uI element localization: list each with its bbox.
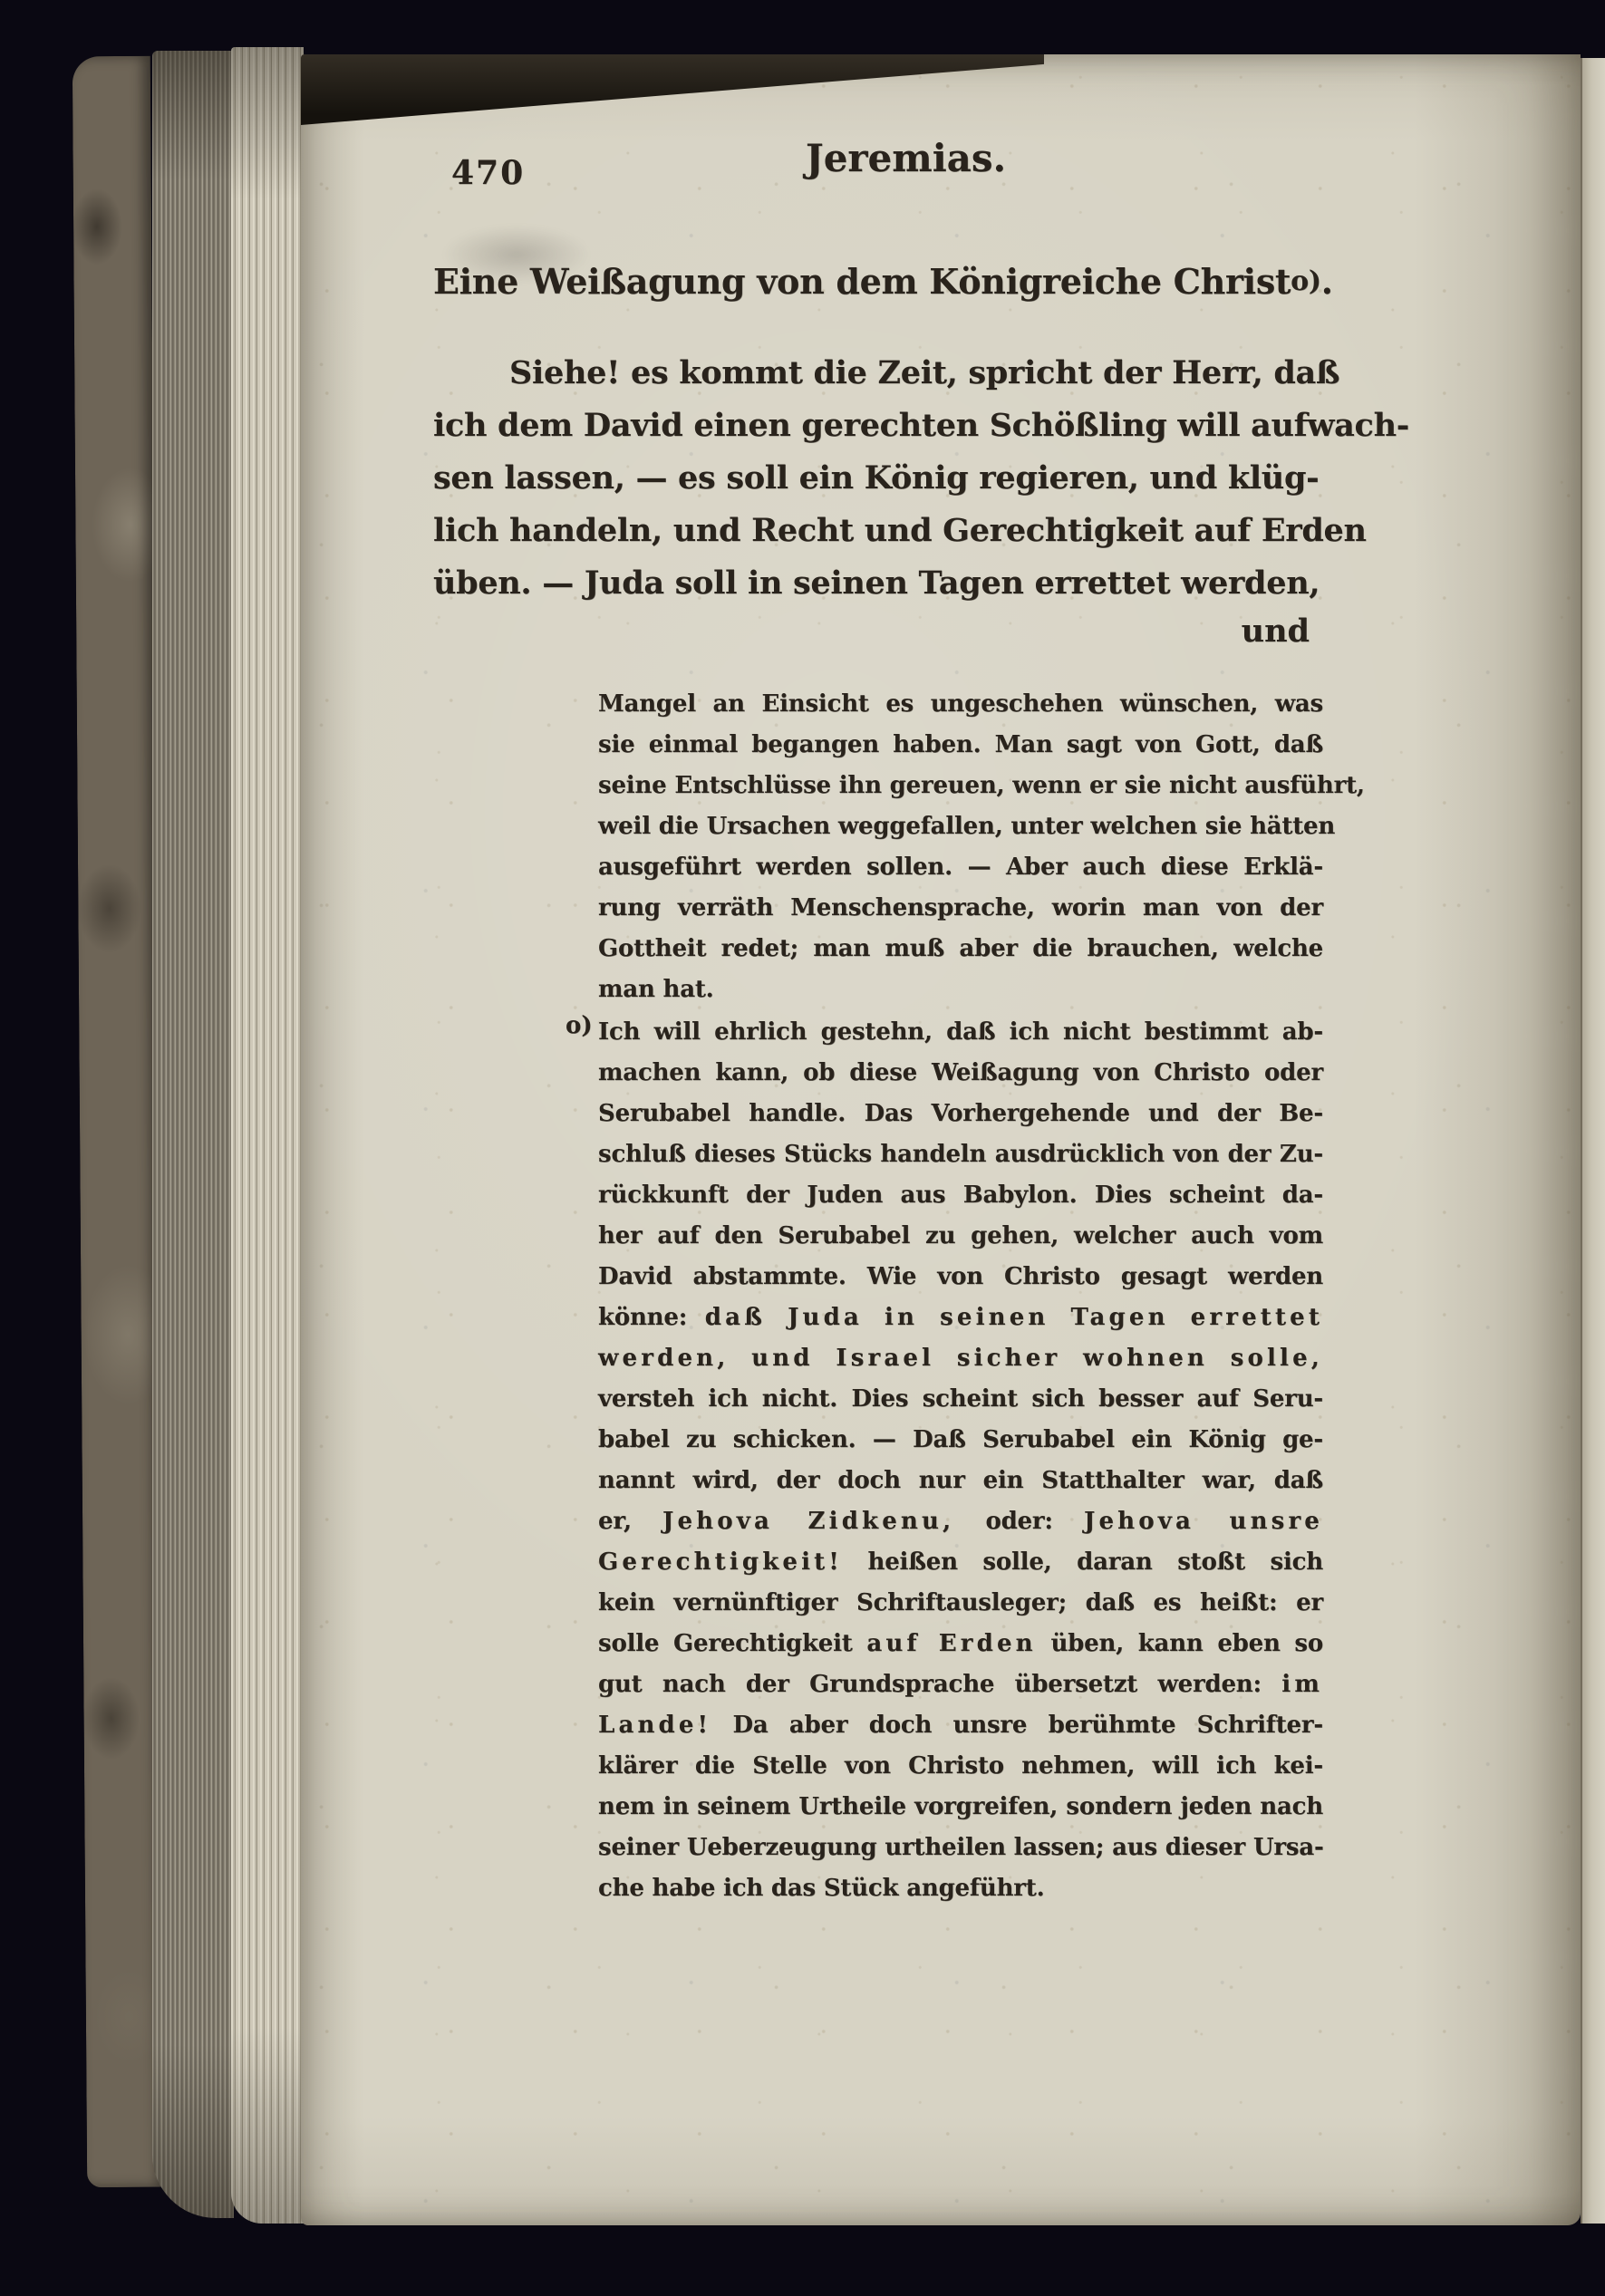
text-segment: babel zu schicken. — Daß Serubabel ein K… — [598, 1426, 1323, 1453]
text-line: lich handeln, und Recht und Gerechtigkei… — [433, 505, 1310, 557]
text-segment: lich handeln, und Recht und Gerechtigkei… — [433, 512, 1367, 549]
text-line: könne: daß Juda in seinen Tagen errettet — [598, 1298, 1323, 1338]
text-segment: che habe ich das Stück angeführt. — [598, 1875, 1044, 1902]
footnote-o-marker: o) — [566, 1012, 593, 1039]
text-segment: machen kann, ob diese Weißagung von Chri… — [598, 1059, 1323, 1086]
text-segment: rückkunft der Juden aus Babylon. Dies sc… — [598, 1182, 1323, 1209]
text-line: machen kann, ob diese Weißagung von Chri… — [598, 1053, 1323, 1094]
text-line: her auf den Serubabel zu gehen, welcher … — [598, 1216, 1323, 1257]
text-segment: Ich will ehrlich gestehn, daß ich nicht … — [598, 1018, 1323, 1046]
text-line: nem in seinem Urtheile vorgreifen, sonde… — [598, 1787, 1323, 1828]
main-paragraph: Siehe! es kommt die Zeit, spricht der He… — [433, 347, 1310, 610]
text-line: solle Gerechtigkeit auf Erden üben, kann… — [598, 1624, 1323, 1664]
text-segment: solle Gerechtigkeit — [598, 1630, 866, 1657]
page-stack-outer-edge — [152, 51, 234, 2218]
text-segment: nannt wird, der doch nur ein Statthalter… — [598, 1467, 1323, 1494]
text-segment: klärer die Stelle von Christo nehmen, wi… — [598, 1752, 1323, 1780]
binding-gutter — [1581, 58, 1605, 2224]
text-segment: gut nach der Grundsprache übersetzt werd… — [598, 1671, 1281, 1698]
text-segment: versteh ich nicht. Dies scheint sich bes… — [598, 1385, 1323, 1413]
section-heading-text: Eine Weißagung von dem Königreiche Chris… — [433, 261, 1291, 302]
text-line: rückkunft der Juden aus Babylon. Dies sc… — [598, 1175, 1323, 1216]
section-heading: Eine Weißagung von dem Königreiche Chris… — [433, 261, 1310, 302]
text-segment: seiner Ueberzeugung urtheilen lassen; au… — [598, 1834, 1324, 1861]
text-line: gut nach der Grundsprache übersetzt werd… — [598, 1664, 1323, 1705]
text-line: er, Jehova Zidkenu, oder: Jehova unsre — [598, 1501, 1323, 1542]
text-line: Lande! Da aber doch unsre berühmte Schri… — [598, 1705, 1323, 1746]
text-segment: nem in seinem Urtheile vorgreifen, sonde… — [598, 1793, 1323, 1820]
text-line: sie einmal begangen haben. Man sagt von … — [598, 725, 1323, 766]
letterspaced-emphasis: Gerechtigkeit! — [598, 1548, 843, 1576]
text-segment: Mangel an Einsicht es ungeschehen wünsch… — [598, 690, 1323, 718]
text-segment: Serubabel handle. Das Vorhergehende und … — [598, 1100, 1323, 1127]
letterspaced-emphasis: Jehova Zidkenu, — [662, 1508, 954, 1535]
letterspaced-emphasis: werden, und Israel sicher wohnen solle, — [598, 1345, 1323, 1372]
text-line: klärer die Stelle von Christo nehmen, wi… — [598, 1746, 1323, 1787]
text-segment: man hat. — [598, 976, 714, 1003]
text-segment: Gottheit redet; man muß aber die brauche… — [598, 935, 1323, 962]
text-segment: ich dem David einen gerechten Schößling … — [433, 407, 1409, 444]
text-line: man hat. — [598, 970, 1323, 1010]
text-line: kein vernünftiger Schriftausleger; daß e… — [598, 1583, 1323, 1624]
text-line: Siehe! es kommt die Zeit, spricht der He… — [433, 347, 1310, 400]
letterspaced-emphasis: daß Juda in seinen Tagen errettet — [705, 1304, 1323, 1331]
letterspaced-emphasis: Lande! — [598, 1712, 711, 1739]
page-top-shadow — [301, 54, 1044, 125]
letterspaced-emphasis: Jehova unsre — [1084, 1508, 1323, 1535]
text-segment: er, — [598, 1508, 662, 1535]
text-line: rung verräth Menschensprache, worin man … — [598, 888, 1323, 929]
book-cover-edge — [73, 56, 165, 2188]
text-line: seine Entschlüsse ihn gereuen, wenn er s… — [598, 766, 1323, 806]
footnote-o-text: Ich will ehrlich gestehn, daß ich nicht … — [598, 1012, 1323, 1909]
text-line: Mangel an Einsicht es ungeschehen wünsch… — [598, 684, 1323, 725]
footnote-reference-mark: o) — [1291, 265, 1321, 297]
text-line: sen lassen, — es soll ein König regieren… — [433, 452, 1310, 505]
text-segment: sen lassen, — es soll ein König regieren… — [433, 459, 1319, 497]
page-stack-inner-edge — [231, 47, 304, 2224]
letterspaced-emphasis: auf Erden — [866, 1630, 1036, 1657]
text-line: David abstammte. Wie von Christo gesagt … — [598, 1257, 1323, 1298]
text-segment: weil die Ursachen weggefallen, unter wel… — [598, 813, 1335, 840]
text-segment: Siehe! es kommt die Zeit, spricht der He… — [509, 354, 1339, 391]
photo-background: { "page_number": "470", "running_header"… — [0, 0, 1605, 2296]
running-header: Jeremias. — [433, 136, 1310, 180]
footnote-continuation: Mangel an Einsicht es ungeschehen wünsch… — [598, 684, 1323, 1010]
text-line: schluß dieses Stücks handeln ausdrücklic… — [598, 1134, 1323, 1175]
text-segment: oder: — [954, 1508, 1084, 1535]
text-segment: her auf den Serubabel zu gehen, welcher … — [598, 1222, 1323, 1249]
text-line: che habe ich das Stück angeführt. — [598, 1868, 1323, 1909]
text-line: werden, und Israel sicher wohnen solle, — [598, 1338, 1323, 1379]
text-segment: rung verräth Menschensprache, worin man … — [598, 894, 1323, 921]
text-segment: ausgeführt werden sollen. — Aber auch di… — [598, 854, 1323, 881]
text-line: Gerechtigkeit! heißen solle, daran stoßt… — [598, 1542, 1323, 1583]
text-line: seiner Ueberzeugung urtheilen lassen; au… — [598, 1828, 1323, 1868]
text-line: Ich will ehrlich gestehn, daß ich nicht … — [598, 1012, 1323, 1053]
text-line: ich dem David einen gerechten Schößling … — [433, 400, 1310, 452]
text-segment: kein vernünftiger Schriftausleger; daß e… — [598, 1589, 1323, 1616]
text-segment: schluß dieses Stücks handeln ausdrücklic… — [598, 1141, 1323, 1168]
catchword: und — [433, 613, 1310, 650]
text-line: versteh ich nicht. Dies scheint sich bes… — [598, 1379, 1323, 1420]
section-heading-period: . — [1321, 261, 1333, 302]
text-line: Serubabel handle. Das Vorhergehende und … — [598, 1094, 1323, 1134]
text-segment: David abstammte. Wie von Christo gesagt … — [598, 1263, 1323, 1290]
letterspaced-emphasis: im — [1281, 1671, 1323, 1698]
text-line: ausgeführt werden sollen. — Aber auch di… — [598, 847, 1323, 888]
text-segment: sie einmal begangen haben. Man sagt von … — [598, 731, 1323, 758]
text-line: Gottheit redet; man muß aber die brauche… — [598, 929, 1323, 970]
text-segment: könne: — [598, 1304, 705, 1331]
text-segment: Da aber doch unsre berühmte Schrifter- — [711, 1712, 1323, 1739]
text-line: nannt wird, der doch nur ein Statthalter… — [598, 1461, 1323, 1501]
text-segment: heißen solle, daran stoßt sich — [843, 1548, 1323, 1576]
text-segment: üben. — Juda soll in seinen Tagen errett… — [433, 564, 1320, 602]
text-segment: seine Entschlüsse ihn gereuen, wenn er s… — [598, 772, 1365, 799]
text-line: weil die Ursachen weggefallen, unter wel… — [598, 806, 1323, 847]
text-segment: üben, kann eben so — [1037, 1630, 1323, 1657]
text-line: babel zu schicken. — Daß Serubabel ein K… — [598, 1420, 1323, 1461]
book-page: 470 Jeremias. Eine Weißagung von dem Kön… — [301, 54, 1581, 2225]
text-line: üben. — Juda soll in seinen Tagen errett… — [433, 557, 1310, 610]
